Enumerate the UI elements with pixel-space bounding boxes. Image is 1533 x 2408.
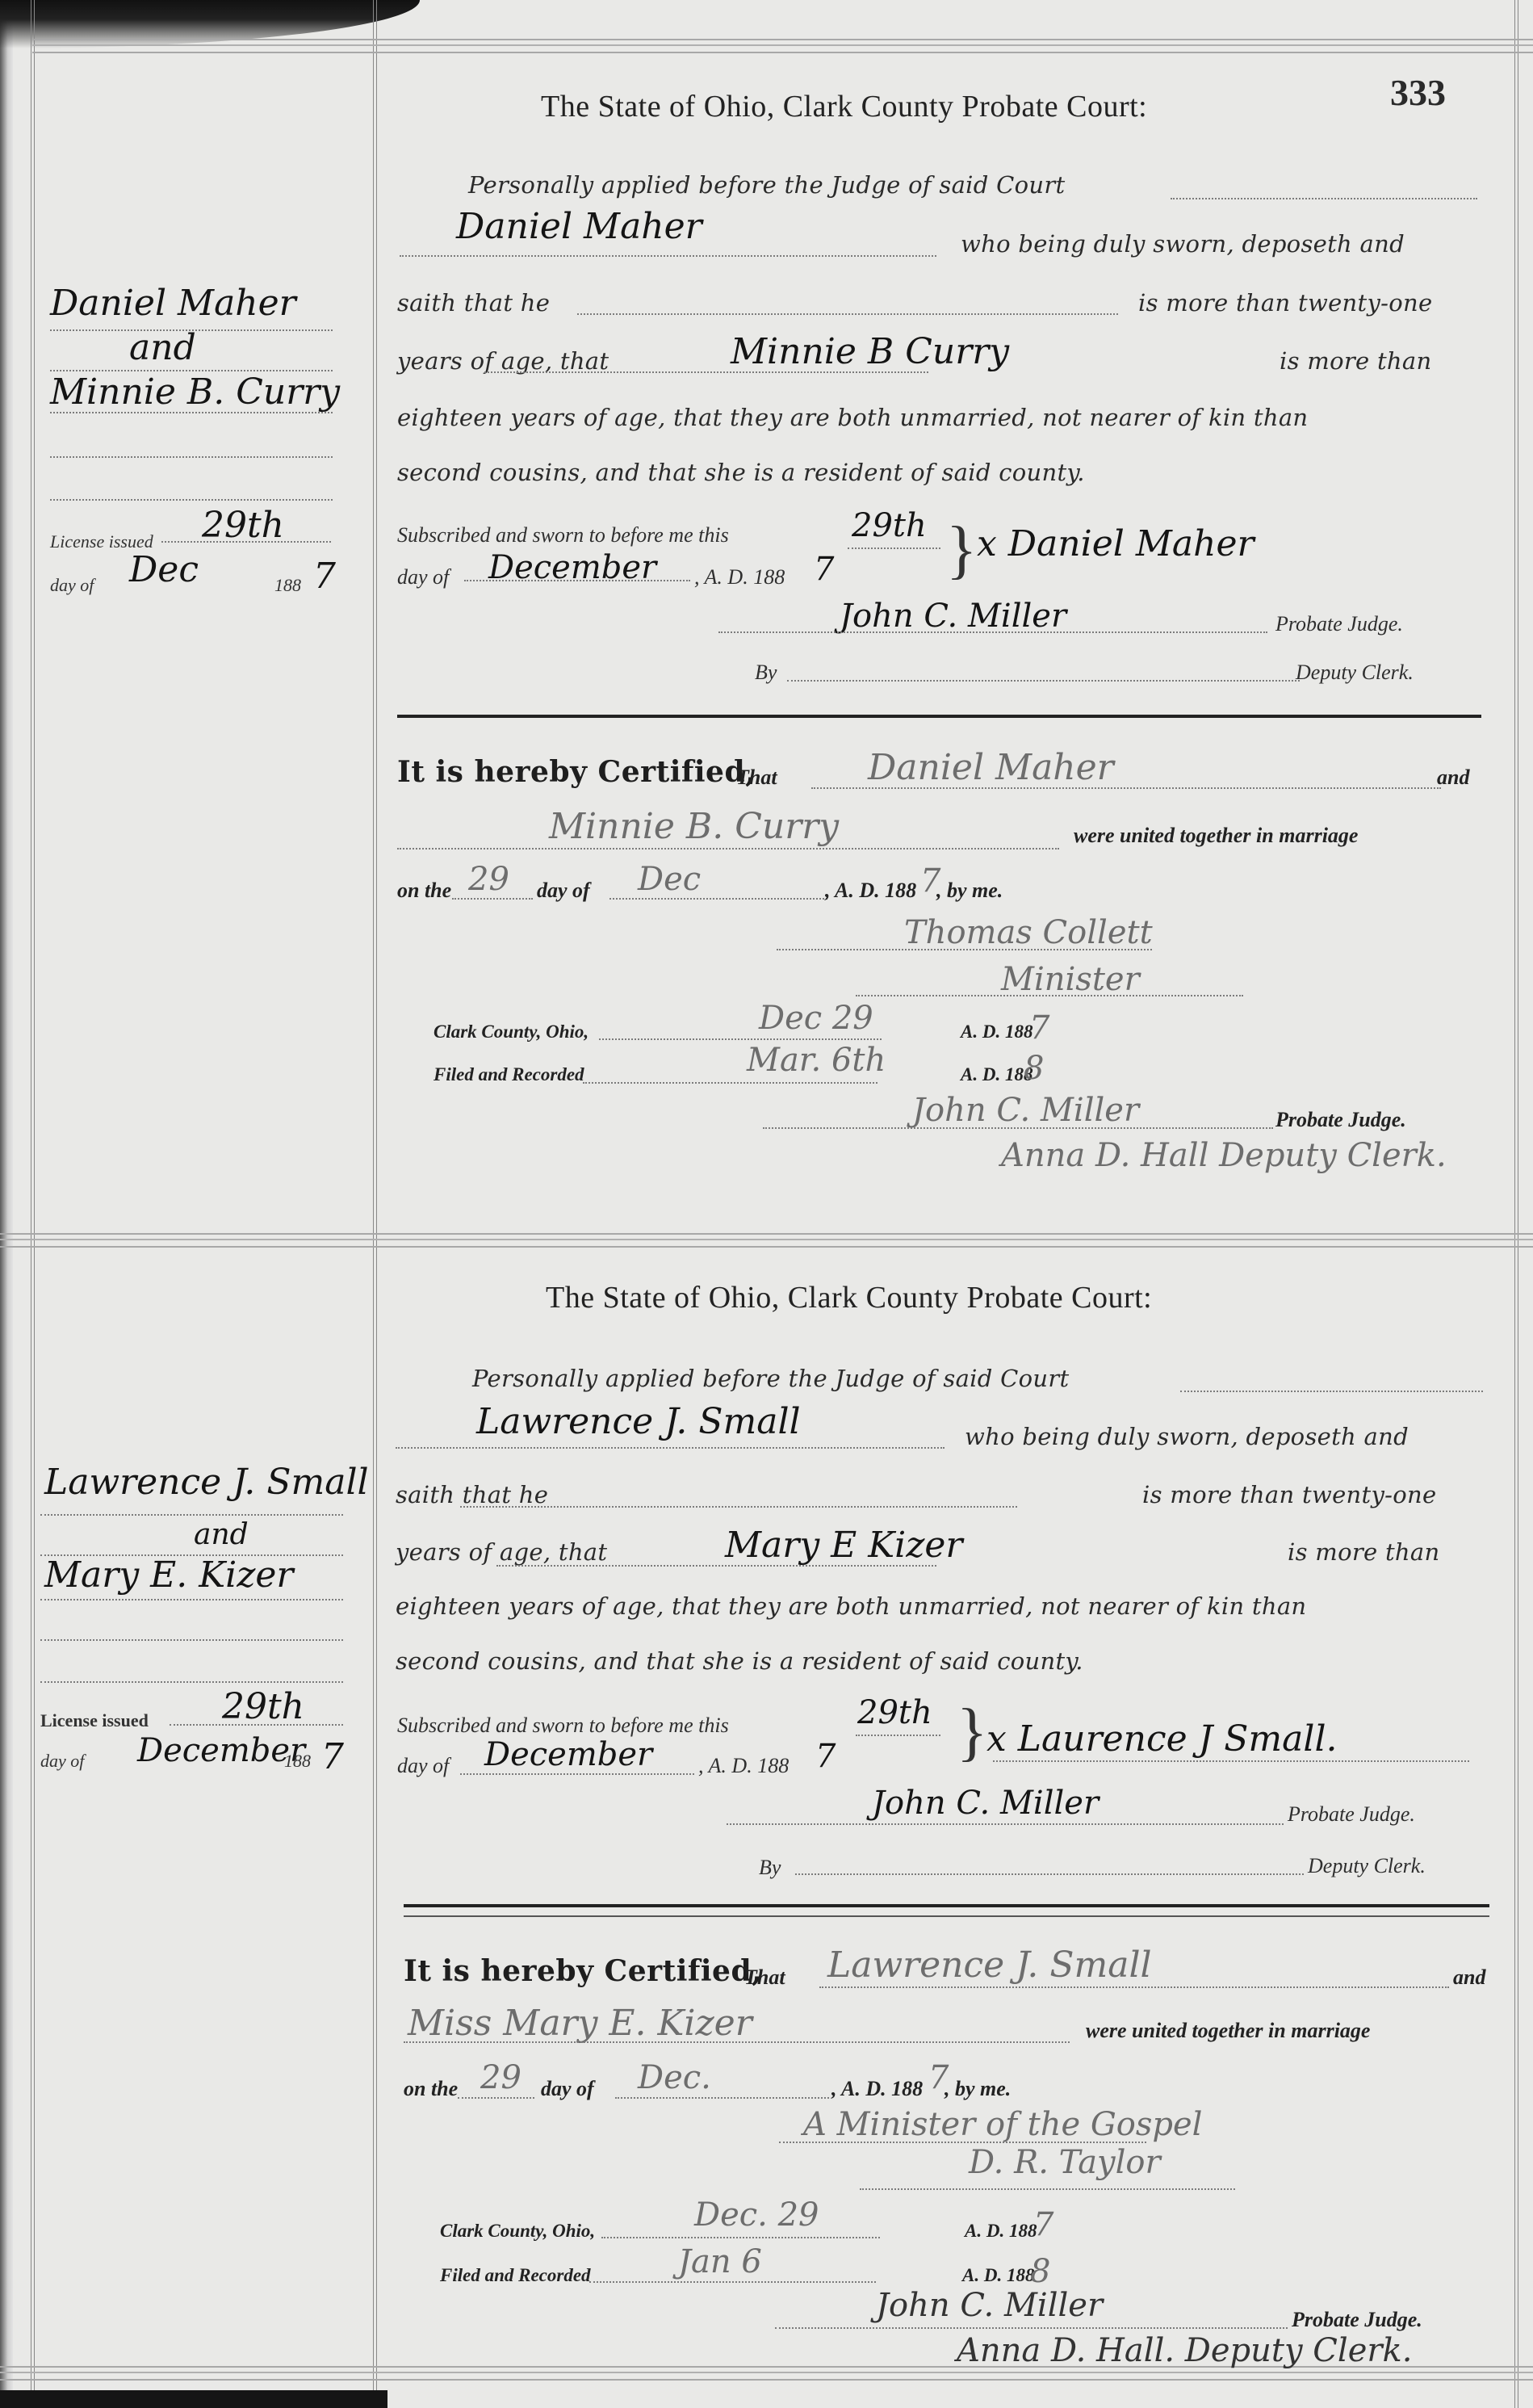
eighteen-years-text: eighteen years of age, that they are bot… xyxy=(396,1592,1306,1620)
certificate-heading: It is hereby Certified, xyxy=(404,1954,762,1988)
dotted-line xyxy=(50,499,333,501)
deputy-clerk-label: Deputy Clerk. xyxy=(1308,1854,1426,1878)
applied-line: Personally applied before the Judge of s… xyxy=(472,1365,1069,1392)
ad-label: , A. D. 188 xyxy=(698,1754,789,1778)
license-day: 29th xyxy=(222,1686,304,1727)
applicant-name: Lawrence J. Small xyxy=(476,1401,801,1442)
judge-signature: John C. Miller xyxy=(872,1785,1099,1822)
applied-line: Personally applied before the Judge of s… xyxy=(468,171,1065,199)
by-me-label: , by me. xyxy=(945,2077,1011,2101)
day-of-label: day of xyxy=(397,1754,449,1778)
dotted-line xyxy=(589,2281,876,2283)
top-rule xyxy=(32,39,1533,53)
dotted-line xyxy=(161,541,331,543)
judge-signature: John C. Miller xyxy=(840,598,1066,635)
dotted-line xyxy=(458,2097,534,2099)
dotted-line xyxy=(460,1506,1017,1508)
dotted-line xyxy=(396,1447,945,1449)
and-label: and xyxy=(1453,1965,1485,1990)
by-label: By xyxy=(759,1856,781,1880)
license-year-prefix: 188 xyxy=(274,575,301,596)
filed-year-suffix: 8 xyxy=(1024,1050,1044,1087)
deputy-signature: Anna D. Hall Deputy Clerk. xyxy=(1001,1137,1447,1174)
deposeth-text: who being duly sworn, deposeth and xyxy=(965,1423,1409,1450)
dotted-line xyxy=(496,1565,936,1567)
second-cousins-text: second cousins, and that she is a reside… xyxy=(396,1647,1083,1675)
eighteen-years-text: eighteen years of age, that they are bot… xyxy=(397,404,1308,431)
dotted-line xyxy=(787,680,1300,682)
dotted-line xyxy=(795,1873,1304,1875)
dotted-line xyxy=(856,995,1243,996)
dotted-line xyxy=(775,2327,1288,2329)
certificate-groom: Lawrence J. Small xyxy=(827,1944,1152,1986)
officiant-signature: Thomas Collett xyxy=(904,914,1153,951)
sworn-label: Subscribed and sworn to before me this xyxy=(397,523,729,547)
dotted-line xyxy=(819,1986,1449,1988)
dotted-line xyxy=(170,1724,343,1726)
dotted-line xyxy=(860,2188,1235,2190)
court-title: The State of Ohio, Clark County Probate … xyxy=(546,1280,1152,1315)
section-divider xyxy=(397,715,1481,718)
section-divider xyxy=(404,1904,1489,1907)
and-label: and xyxy=(1437,766,1469,790)
saith-text: saith that he xyxy=(396,1481,548,1508)
margin-conjunction: and xyxy=(194,1518,249,1551)
margin-groom-name: Lawrence J. Small xyxy=(44,1462,369,1503)
dotted-line xyxy=(40,1599,343,1600)
license-issued-label: License issued xyxy=(40,1710,149,1731)
other-party-name: Minnie B Curry xyxy=(731,331,1009,372)
filed-year-suffix: 8 xyxy=(1030,2253,1050,2290)
sworn-day: 29th xyxy=(857,1694,932,1731)
dotted-line xyxy=(40,1639,343,1641)
second-cousins-text: second cousins, and that she is a reside… xyxy=(397,459,1085,486)
day-of-label: day of xyxy=(541,2077,594,2101)
dotted-line xyxy=(484,371,928,373)
on-the-label: on the xyxy=(397,879,451,903)
united-label: were united together in marriage xyxy=(1074,824,1358,848)
margin-conjunction: and xyxy=(129,327,196,368)
deputy-clerk-label: Deputy Clerk. xyxy=(1296,661,1414,685)
ad-label: , A. D. 188 xyxy=(831,2077,923,2101)
license-year-prefix: 188 xyxy=(284,1751,311,1772)
probate-judge-label: Probate Judge. xyxy=(1288,1802,1415,1827)
dotted-line xyxy=(40,1514,343,1516)
county-ad-label: A. D. 188 xyxy=(961,1022,1032,1042)
officiant-title: D. R. Taylor xyxy=(969,2144,1161,2181)
day-of-label: day of xyxy=(397,565,449,589)
county-ad-label: A. D. 188 xyxy=(965,2221,1037,2242)
record-separator-rule xyxy=(0,1233,1533,1248)
certificate-bride: Miss Mary E. Kizer xyxy=(408,2003,752,2044)
certificate-month: Dec. xyxy=(638,2059,711,2096)
dotted-line xyxy=(50,456,333,458)
judge-signature: John C. Miller xyxy=(912,1092,1139,1129)
county-date: Dec. 29 xyxy=(694,2196,819,2234)
court-title: The State of Ohio, Clark County Probate … xyxy=(541,89,1147,124)
license-day: 29th xyxy=(202,505,284,546)
dotted-line xyxy=(718,631,1267,633)
filed-label: Filed and Recorded xyxy=(440,2265,591,2286)
probate-judge-label: Probate Judge. xyxy=(1292,2308,1422,2332)
twenty-one-text: is more than twenty-one xyxy=(1142,1481,1436,1508)
sworn-year-suffix: 7 xyxy=(815,1738,836,1775)
dotted-line xyxy=(400,255,936,257)
certificate-day: 29 xyxy=(480,2059,521,2096)
dotted-line xyxy=(404,2041,1070,2043)
sworn-label: Subscribed and sworn to before me this xyxy=(397,1714,729,1738)
dotted-line xyxy=(856,1735,940,1736)
page-number: 333 xyxy=(1390,71,1446,114)
probate-judge-label: Probate Judge. xyxy=(1275,612,1403,636)
that-label: That xyxy=(744,1965,785,1990)
by-label: By xyxy=(755,661,777,685)
is-more-than-text: is more than xyxy=(1288,1538,1439,1566)
judge-signature: John C. Miller xyxy=(876,2287,1103,2324)
filed-date: Jan 6 xyxy=(678,2243,762,2280)
on-the-label: on the xyxy=(404,2077,458,2101)
dotted-line xyxy=(583,1082,877,1084)
that-label: That xyxy=(736,766,777,790)
is-more-than-text: is more than xyxy=(1280,347,1431,375)
dotted-line xyxy=(50,412,333,413)
dotted-line xyxy=(40,1681,343,1683)
affiant-signature: x Daniel Maher xyxy=(977,523,1254,564)
filed-label: Filed and Recorded xyxy=(434,1064,584,1085)
dotted-line xyxy=(452,898,533,900)
license-month: December xyxy=(137,1732,305,1769)
certificate-month: Dec xyxy=(638,861,701,898)
license-year-suffix: 7 xyxy=(313,556,336,597)
filed-ad-label: A. D. 188 xyxy=(962,2265,1034,2286)
deputy-signature: Anna D. Hall. Deputy Clerk. xyxy=(957,2332,1412,2369)
license-month: Dec xyxy=(129,549,199,590)
margin-bride-name: Minnie B. Curry xyxy=(50,371,340,413)
dotted-line xyxy=(993,1760,1469,1762)
ad-label: , A. D. 188 xyxy=(694,565,785,589)
dotted-line xyxy=(763,1127,1273,1129)
saith-text: saith that he xyxy=(397,289,550,317)
by-me-label: , by me. xyxy=(936,879,1003,903)
deposeth-text: who being duly sworn, deposeth and xyxy=(961,230,1405,258)
page-edge-shadow xyxy=(0,2390,387,2408)
other-party-name: Mary E Kizer xyxy=(725,1525,962,1566)
dotted-line xyxy=(615,2097,829,2099)
dotted-line xyxy=(777,949,1152,950)
county-date: Dec 29 xyxy=(759,1000,873,1037)
dotted-line xyxy=(848,547,940,549)
officiant-signature: A Minister of the Gospel xyxy=(803,2106,1202,2143)
day-of-label: day of xyxy=(537,879,590,903)
twenty-one-text: is more than twenty-one xyxy=(1138,289,1432,317)
dotted-line xyxy=(811,787,1441,789)
certificate-heading: It is hereby Certified, xyxy=(397,755,756,789)
years-of-age-text: years of age, that xyxy=(397,347,609,375)
county-label: Clark County, Ohio, xyxy=(434,1022,588,1042)
county-label: Clark County, Ohio, xyxy=(440,2221,595,2242)
dotted-line xyxy=(601,2237,880,2238)
dotted-line xyxy=(1180,1391,1483,1392)
margin-rule-right xyxy=(1514,0,1518,2408)
certificate-bride: Minnie B. Curry xyxy=(549,806,839,847)
brace: } xyxy=(946,514,977,587)
dotted-line xyxy=(1171,198,1477,199)
dotted-line xyxy=(577,313,1118,315)
united-label: were united together in marriage xyxy=(1086,2019,1370,2043)
dotted-line xyxy=(609,898,827,900)
license-year-suffix: 7 xyxy=(321,1736,344,1777)
dotted-line xyxy=(397,848,1059,850)
dotted-line xyxy=(460,1773,694,1775)
officiant-title: Minister xyxy=(1001,961,1140,998)
sworn-year-suffix: 7 xyxy=(814,551,834,588)
certificate-day: 29 xyxy=(468,861,509,898)
county-year-suffix: 7 xyxy=(1033,2206,1053,2243)
dotted-line xyxy=(599,1038,882,1040)
filed-date: Mar. 6th xyxy=(747,1042,886,1079)
book-binding xyxy=(0,0,13,2408)
margin-rule-left xyxy=(31,0,35,2408)
brace: } xyxy=(957,1696,987,1769)
margin-rule-divider xyxy=(373,0,377,2408)
affiant-signature: x Laurence J Small. xyxy=(986,1718,1338,1760)
margin-groom-name: Daniel Maher xyxy=(50,283,296,324)
ledger-page: 333 Daniel Maher and Minnie B. Curry Lic… xyxy=(0,0,1533,2408)
margin-bride-name: Mary E. Kizer xyxy=(44,1554,293,1596)
dotted-line xyxy=(779,2142,1146,2143)
years-of-age-text: years of age, that xyxy=(396,1538,607,1566)
filed-ad-label: A. D. 188 xyxy=(961,1064,1032,1085)
certificate-groom: Daniel Maher xyxy=(868,747,1114,788)
probate-judge-label: Probate Judge. xyxy=(1275,1108,1406,1132)
day-of-label: day of xyxy=(40,1751,84,1772)
ad-label: , A. D. 188 xyxy=(825,879,916,903)
section-divider-thin xyxy=(404,1915,1489,1917)
applicant-name: Daniel Maher xyxy=(456,206,702,247)
sworn-month: December xyxy=(484,1736,652,1773)
sworn-day: 29th xyxy=(852,507,927,544)
dotted-line xyxy=(464,580,690,581)
dotted-line xyxy=(727,1823,1284,1825)
county-year-suffix: 7 xyxy=(1029,1009,1049,1047)
day-of-label: day of xyxy=(50,575,94,596)
